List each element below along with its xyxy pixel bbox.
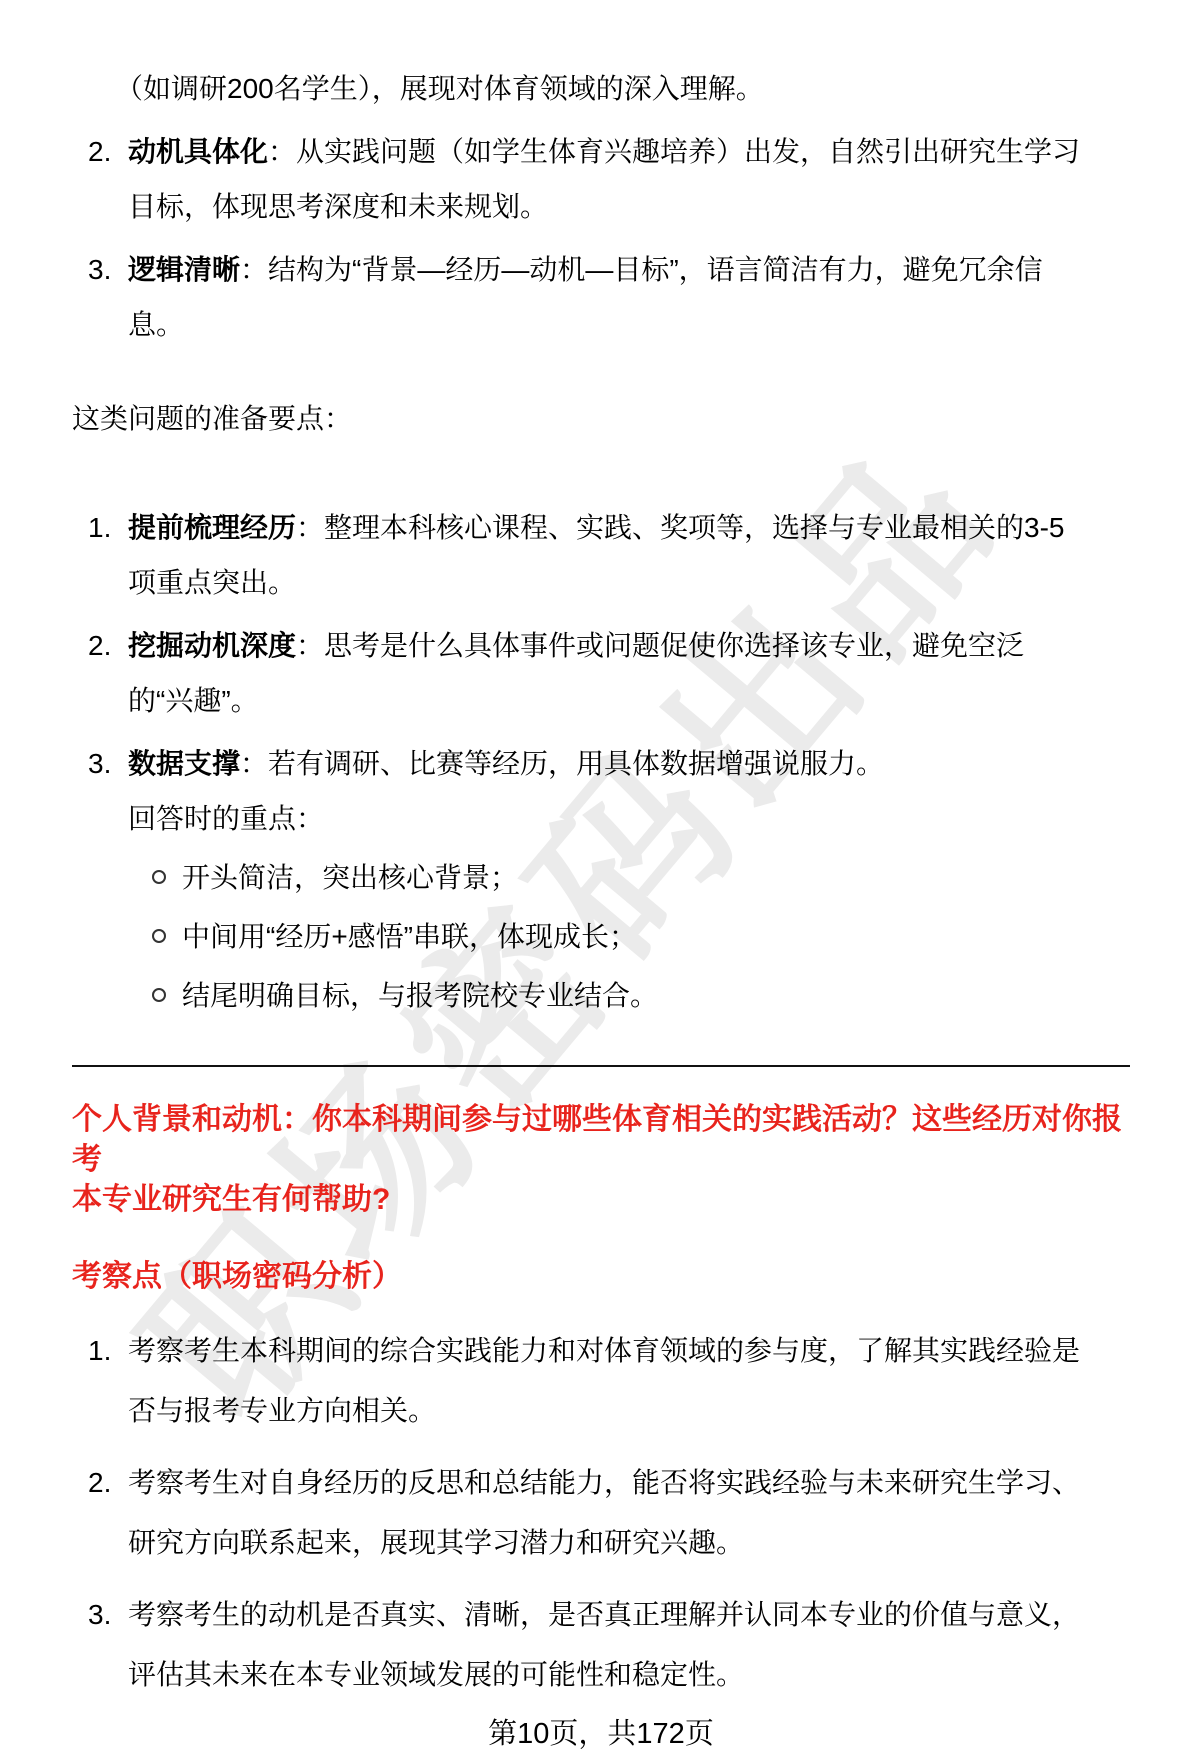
prep-heading: 这类问题的准备要点： [72,391,1130,446]
intro-continuation-line: （如调研200名学生），展现对体育领域的深入理解。 [72,61,1130,116]
list-item-term: 动机具体化 [128,136,268,167]
list-item: 2. 挖掘动机深度：思考是什么具体事件或问题促使你选择该专业，避免空泛 的“兴趣… [72,618,1130,728]
list-item-text: 动机具体化：从实践问题（如学生体育兴趣培养）出发，自然引出研究生学习 目标，体现… [128,124,1130,234]
analysis-point-text: 考察考生的动机是否真实、清晰，是否真正理解并认同本专业的价值与意义， 评估其未来… [128,1585,1130,1705]
list-item-number: 2. [88,618,111,673]
list-item-term: 数据支撑 [128,748,240,779]
analysis-heading: 考察点（职场密码分析） [72,1257,1130,1297]
list-item-body: ：从实践问题（如学生体育兴趣培养）出发，自然引出研究生学习 目标，体现思考深度和… [128,136,1080,222]
list-item-text: 挖掘动机深度：思考是什么具体事件或问题促使你选择该专业，避免空泛 的“兴趣”。 [128,618,1130,728]
bullet-item: 结尾明确目标，与报考院校专业结合。 [128,968,1130,1023]
list-item-number: 1. [88,500,111,555]
list-item-term: 提前梳理经历 [128,512,296,543]
answer-bullet-list: 开头简洁，突出核心背景； 中间用“经历+感悟”串联，体现成长； 结尾明确目标，与… [128,850,1130,1023]
list-item-text: 提前梳理经历：整理本科核心课程、实践、奖项等，选择与专业最相关的3-5 项重点突… [128,500,1130,610]
list-item-number: 3. [88,736,111,791]
bullet-circle-icon [152,870,166,884]
analysis-ordered-list: 1. 考察考生本科期间的综合实践能力和对体育领域的参与度，了解其实践经验是 否与… [72,1321,1130,1705]
list-item-number: 2. [88,124,111,179]
list-item-term: 挖掘动机深度 [128,630,296,661]
document-page: 职场密码出品 （如调研200名学生），展现对体育领域的深入理解。 2. 动机具体… [0,0,1200,1755]
analysis-point-text: 考察考生本科期间的综合实践能力和对体育领域的参与度，了解其实践经验是 否与报考专… [128,1321,1130,1441]
list-item-number: 3. [88,242,111,297]
list-item-text: 逻辑清晰：结构为“背景—经历—动机—目标”，语言简洁有力，避免冗余信 息。 [128,242,1130,352]
prep-ordered-list: 1. 提前梳理经历：整理本科核心课程、实践、奖项等，选择与专业最相关的3-5 项… [72,500,1130,1023]
page-content: （如调研200名学生），展现对体育领域的深入理解。 2. 动机具体化：从实践问题… [0,0,1200,1752]
bullet-circle-icon [152,988,166,1002]
list-item-text: 数据支撑：若有调研、比赛等经历，用具体数据增强说服力。 [128,736,1130,791]
list-item-body: ：结构为“背景—经历—动机—目标”，语言简洁有力，避免冗余信 息。 [128,254,1043,340]
list-item-number: 1. [88,1321,111,1381]
list-item: 1. 提前梳理经历：整理本科核心课程、实践、奖项等，选择与专业最相关的3-5 项… [72,500,1130,610]
list-item-term: 逻辑清晰 [128,254,240,285]
bullet-circle-icon [152,929,166,943]
list-item-number: 2. [88,1453,111,1513]
list-item: 2. 动机具体化：从实践问题（如学生体育兴趣培养）出发，自然引出研究生学习 目标… [72,124,1130,234]
section-divider [72,1065,1130,1067]
question-title: 个人背景和动机：你本科期间参与过哪些体育相关的实践活动？这些经历对你报考 本专业… [72,1100,1130,1220]
list-item-body: ：若有调研、比赛等经历，用具体数据增强说服力。 [240,748,884,779]
analysis-point: 2. 考察考生对自身经历的反思和总结能力，能否将实践经验与未来研究生学习、 研究… [72,1453,1130,1573]
bullet-item: 开头简洁，突出核心背景； [128,850,1130,905]
list-item: 3. 数据支撑：若有调研、比赛等经历，用具体数据增强说服力。 回答时的重点： 开… [72,736,1130,1023]
list-item: 3. 逻辑清晰：结构为“背景—经历—动机—目标”，语言简洁有力，避免冗余信 息。 [72,242,1130,352]
answer-focus-heading: 回答时的重点： [128,791,1130,846]
list-item-number: 3. [88,1585,111,1645]
analysis-point-text: 考察考生对自身经历的反思和总结能力，能否将实践经验与未来研究生学习、 研究方向联… [128,1453,1130,1573]
bullet-text: 结尾明确目标，与报考院校专业结合。 [182,968,1130,1023]
analysis-point: 3. 考察考生的动机是否真实、清晰，是否真正理解并认同本专业的价值与意义， 评估… [72,1585,1130,1705]
page-footer: 第10页，共172页 [72,1717,1130,1752]
bullet-text: 开头简洁，突出核心背景； [182,850,1130,905]
bullet-text: 中间用“经历+感悟”串联，体现成长； [182,909,1130,964]
bullet-item: 中间用“经历+感悟”串联，体现成长； [128,909,1130,964]
intro-ordered-list: 2. 动机具体化：从实践问题（如学生体育兴趣培养）出发，自然引出研究生学习 目标… [72,124,1130,352]
analysis-point: 1. 考察考生本科期间的综合实践能力和对体育领域的参与度，了解其实践经验是 否与… [72,1321,1130,1441]
